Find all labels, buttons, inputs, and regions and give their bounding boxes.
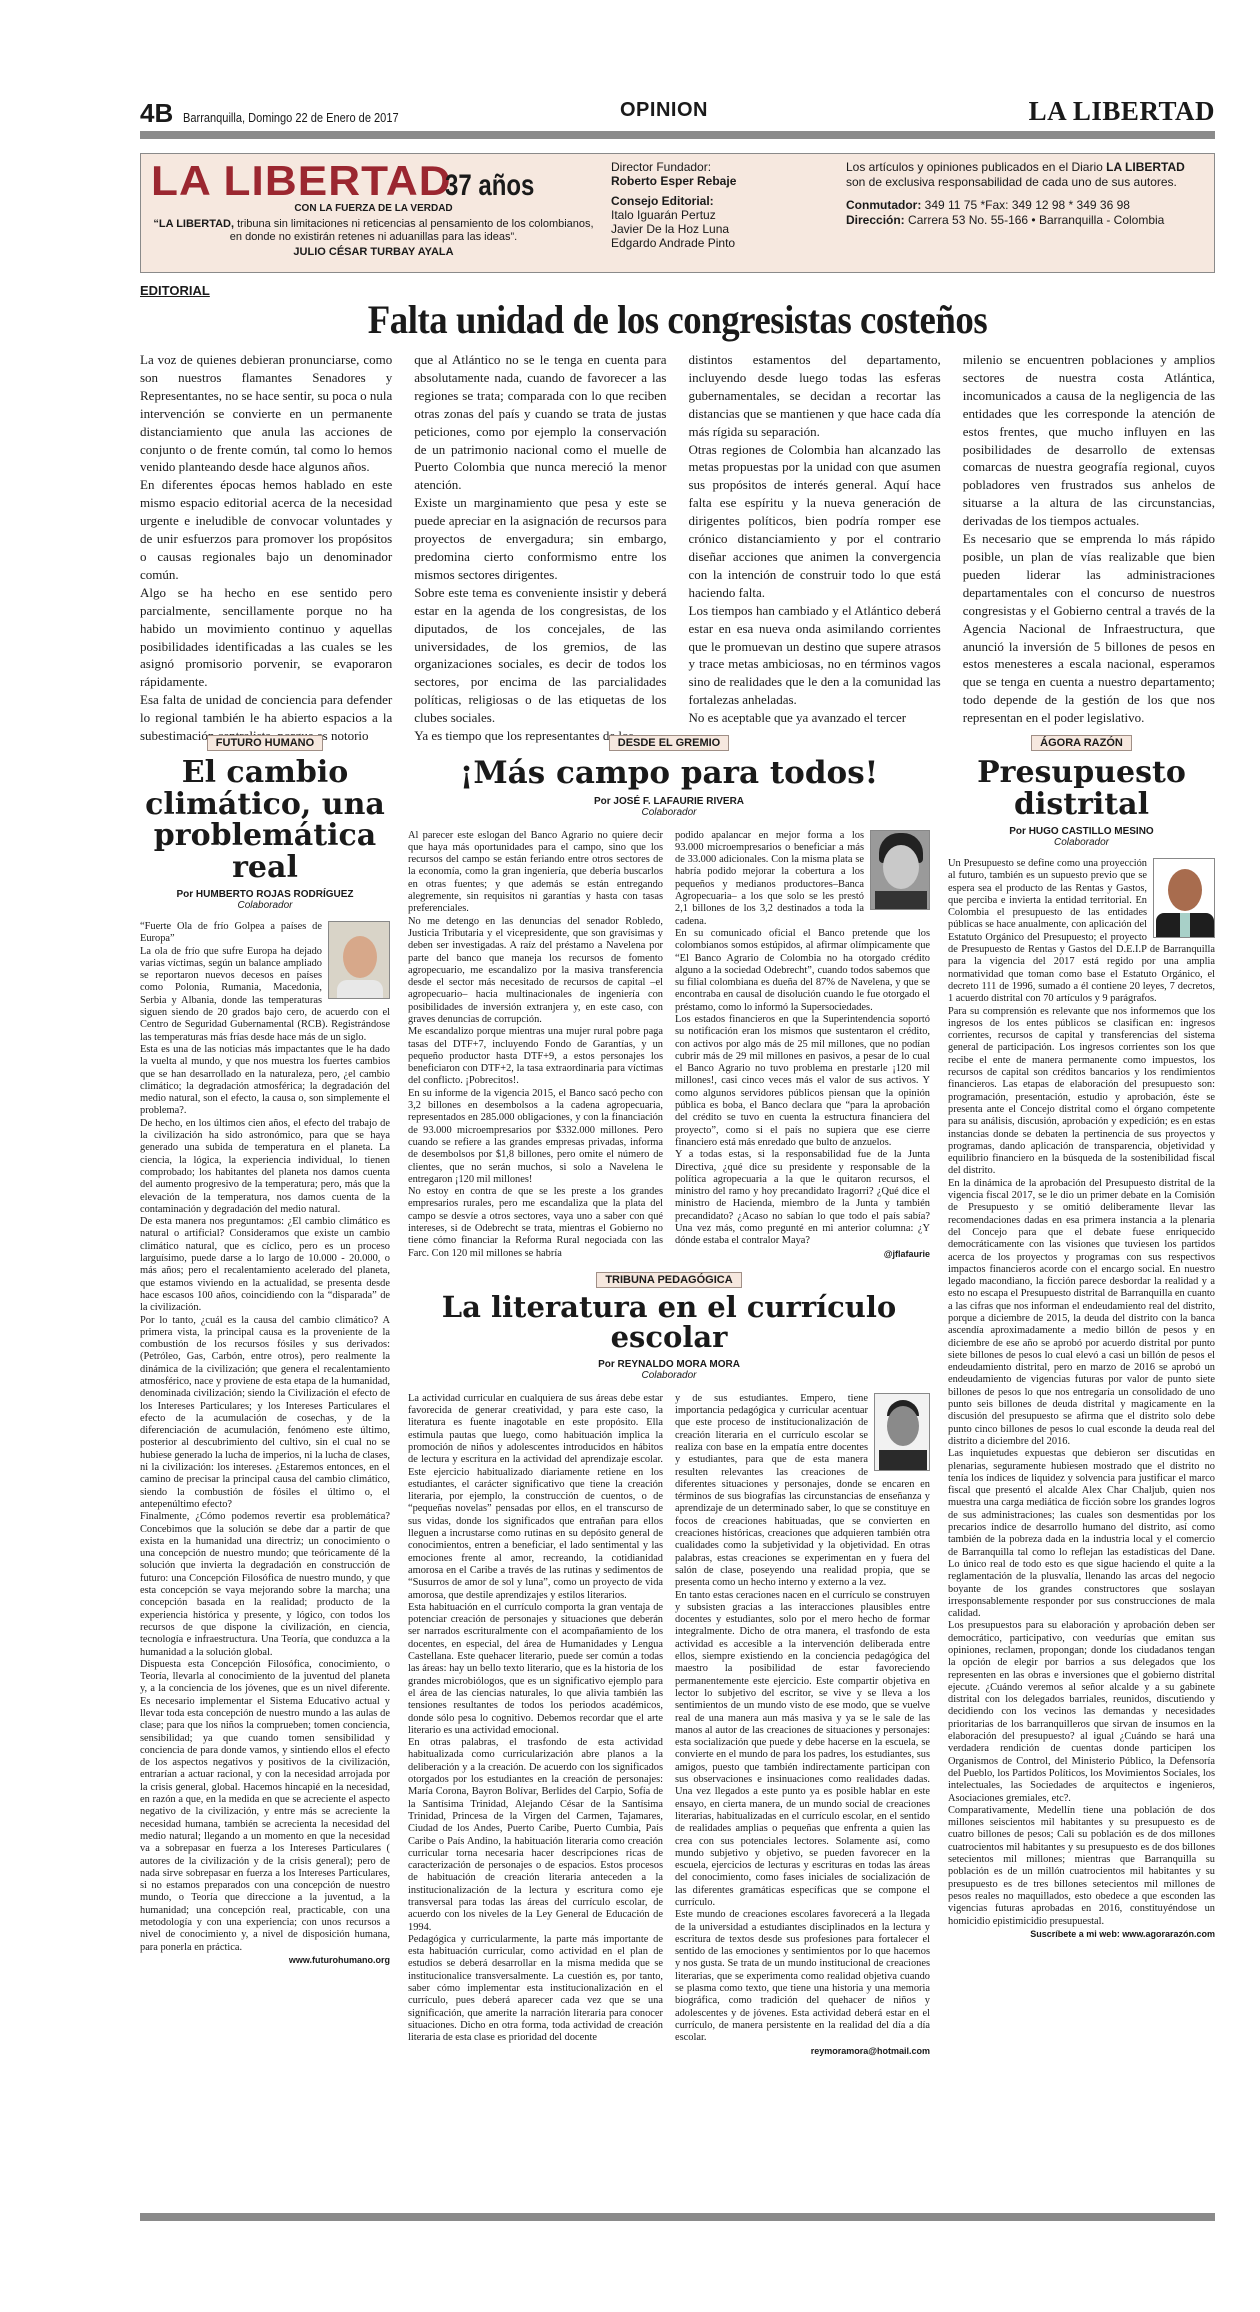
author-photo — [1153, 858, 1215, 938]
banner-logo-block: LA LIBERTAD 37 años CON LA FUERZA DE LA … — [151, 160, 596, 266]
article-futuro-humano: FUTURO HUMANO El cambio climático, una p… — [140, 733, 390, 1966]
article-body: La actividad curricular en cualquiera de… — [408, 1393, 930, 2057]
banner-contact: Los artículos y opiniones publicados en … — [826, 160, 1204, 266]
website-link[interactable]: Suscríbete a mi web: www.agorarazón.com — [948, 1928, 1215, 1940]
quote-author: JULIO CÉSAR TURBAY AYALA — [151, 246, 596, 258]
director-name: Roberto Esper Rebaje — [611, 174, 826, 188]
header-rule — [140, 131, 1215, 139]
byline: Por HUGO CASTILLO MESINO — [948, 826, 1215, 837]
masthead: 4B Barranquilla, Domingo 22 de Enero de … — [140, 95, 1215, 127]
twitter-handle[interactable]: @jflafaurie — [675, 1248, 930, 1260]
editorial-column: La voz de quienes debieran pronunciarse,… — [140, 351, 392, 745]
founding-quote: “LA LIBERTAD, tribuna sin limitaciones n… — [151, 218, 596, 244]
byline-role: Colaborador — [408, 1370, 930, 1381]
editorial-body: La voz de quienes debieran pronunciarse,… — [140, 351, 1215, 745]
byline-role: Colaborador — [948, 837, 1215, 848]
quote-bold: “LA LIBERTAD, — [153, 218, 234, 230]
article-column: La actividad curricular en cualquiera de… — [408, 1393, 663, 2057]
banner-staff: Director Fundador: Roberto Esper Rebaje … — [596, 160, 826, 266]
director-label: Director Fundador: — [611, 160, 826, 174]
byline: Por JOSÉ F. LAFAURIE RIVERA — [408, 796, 930, 807]
logo: LA LIBERTAD — [151, 160, 452, 202]
masthead-banner: LA LIBERTAD 37 años CON LA FUERZA DE LA … — [140, 153, 1215, 273]
newspaper-page: 4B Barranquilla, Domingo 22 de Enero de … — [140, 95, 1215, 745]
footer-rule — [140, 2213, 1215, 2221]
article-tribuna-pedagogica: TRIBUNA PEDAGÓGICA La literatura en el c… — [408, 1270, 930, 2057]
council-label: Consejo Editorial: — [611, 194, 826, 208]
editorial-title: Falta unidad de los congresistas costeño… — [183, 296, 1172, 343]
council-member: Italo Iguarán Pertuz — [611, 208, 826, 222]
editorial-column: distintos estamentos del departamento, i… — [689, 351, 941, 745]
kicker: ÁGORA RAZÓN — [1031, 735, 1132, 751]
editorial-column: que al Atlántico no se le tenga en cuent… — [414, 351, 666, 745]
kicker: FUTURO HUMANO — [207, 735, 323, 751]
article-title: El cambio climático, una problemática re… — [140, 757, 390, 883]
article-column: y de sus estudiantes. Empero, tiene impo… — [675, 1393, 930, 2057]
article-title: ¡Más campo para todos! — [408, 757, 930, 790]
paper-name: LA LIBERTAD — [1029, 96, 1215, 127]
anniversary: 37 años — [445, 169, 534, 203]
byline-role: Colaborador — [408, 807, 930, 818]
editorial-column: milenio se encuentren poblaciones y ampl… — [963, 351, 1215, 745]
article-agora-razon: ÁGORA RAZÓN Presupuesto distrital Por HU… — [948, 733, 1215, 1940]
byline-role: Colaborador — [140, 900, 390, 911]
council-member: Edgardo Andrade Pinto — [611, 236, 826, 250]
motto: CON LA FUERZA DE LA VERDAD — [151, 203, 596, 214]
dateline: Barranquilla, Domingo 22 de Enero de 201… — [183, 110, 399, 125]
article-desde-el-gremio: DESDE EL GREMIO ¡Más campo para todos! P… — [408, 733, 930, 2057]
kicker: TRIBUNA PEDAGÓGICA — [596, 1272, 741, 1288]
logo-row: LA LIBERTAD 37 años — [151, 160, 596, 203]
article-title: La literatura en el currículo escolar — [408, 1292, 930, 1353]
author-photo — [874, 1393, 930, 1471]
disclaimer: Los artículos y opiniones publicados en … — [846, 160, 1204, 190]
article-body: Un Presupuesto se define como una proyec… — [948, 858, 1215, 1940]
author-photo — [870, 830, 930, 910]
article-body: Al parecer este eslogan del Banco Agrari… — [408, 830, 930, 1260]
byline: Por REYNALDO MORA MORA — [408, 1359, 930, 1370]
article-column: podido apalancar en mejor forma a los 93… — [675, 830, 930, 1260]
kicker: DESDE EL GREMIO — [609, 735, 729, 751]
article-column: Al parecer este eslogan del Banco Agrari… — [408, 830, 663, 1260]
section-title: OPINION — [620, 99, 708, 122]
byline: Por HUMBERTO ROJAS RODRÍGUEZ — [140, 889, 390, 900]
author-email[interactable]: reymoramora@hotmail.com — [675, 2045, 930, 2057]
article-title: Presupuesto distrital — [948, 757, 1215, 820]
author-photo — [328, 921, 390, 999]
article-body: “Fuerte Ola de frío Golpea a países de E… — [140, 921, 390, 1966]
address-line: Dirección: Carrera 53 No. 55-166 • Barra… — [846, 213, 1204, 228]
page-meta: 4B Barranquilla, Domingo 22 de Enero de … — [140, 100, 437, 127]
quote-text: tribuna sin limitaciones ni reticencias … — [230, 218, 594, 243]
page-number: 4B — [140, 98, 173, 128]
council-member: Javier De la Hoz Luna — [611, 222, 826, 236]
website-link[interactable]: www.futurohumano.org — [140, 1954, 390, 1966]
phone-line: Conmutador: 349 11 75 *Fax: 349 12 98 * … — [846, 198, 1204, 213]
